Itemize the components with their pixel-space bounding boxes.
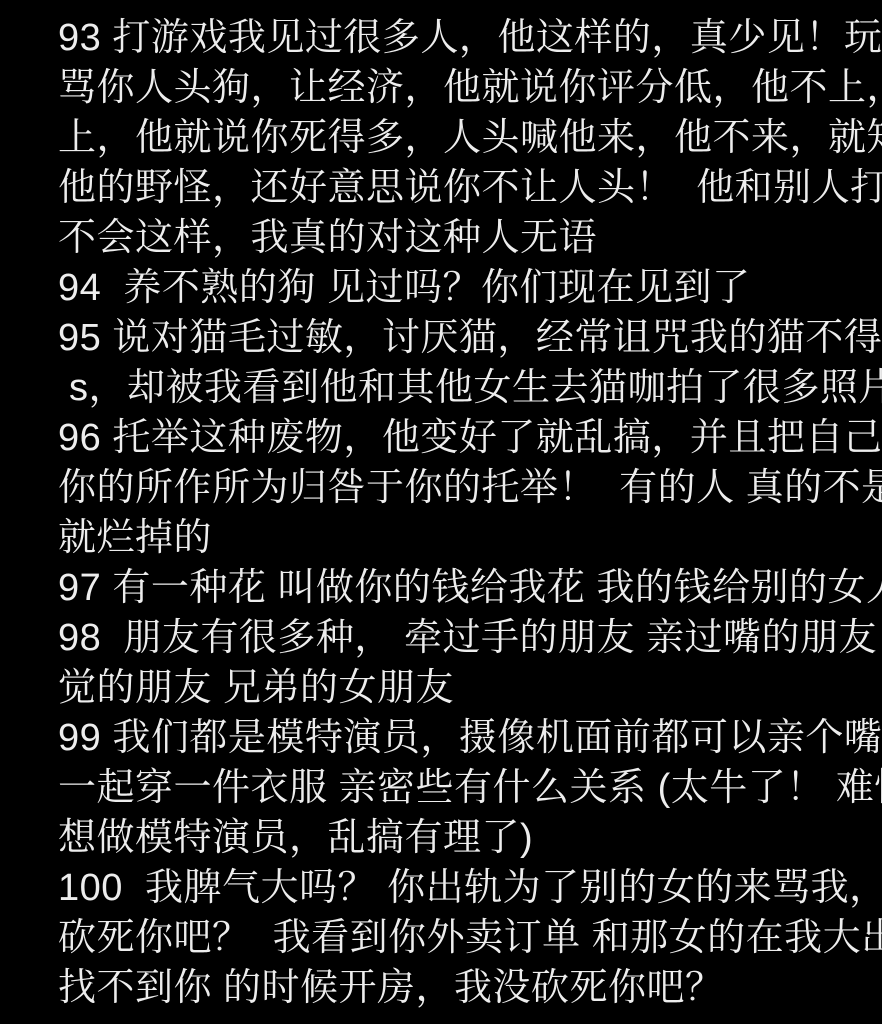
quotes-page: 93 打游戏我见过很多人，他这样的，真少见！玩的好骂你人头狗，让经济，他就说你评…: [0, 0, 882, 1024]
quote-line: 98 朋友有很多种， 牵过手的朋友 亲过嘴的朋友 睡过: [58, 613, 878, 663]
quote-line: 99 我们都是模特演员，摄像机面前都可以亲个嘴 私下: [58, 713, 878, 763]
list-item: 95 说对猫毛过敏，讨厌猫，经常诅咒我的猫不得好 s，却被我看到他和其他女生去猫…: [58, 313, 878, 413]
quote-line: 骂你人头狗，让经济，他就说你评分低，他不上，你先: [58, 63, 878, 113]
quote-line: 你的所作所为归咎于你的托举！ 有的人 真的不是突然: [58, 463, 878, 513]
quote-line: 一起穿一件衣服 亲密些有什么关系 (太牛了！ 难怪一直: [58, 763, 878, 813]
quotes-list: 93 打游戏我见过很多人，他这样的，真少见！玩的好骂你人头狗，让经济，他就说你评…: [58, 13, 878, 1013]
quote-line: 不会这样，我真的对这种人无语: [58, 213, 878, 263]
quote-line: 想做模特演员，乱搞有理了): [58, 813, 878, 863]
quote-line: 95 说对猫毛过敏，讨厌猫，经常诅咒我的猫不得好: [58, 313, 878, 363]
quote-line: 94 养不熟的狗 见过吗？你们现在见到了: [58, 263, 878, 313]
quote-line: 97 有一种花 叫做你的钱给我花 我的钱给别的女人花: [58, 563, 878, 613]
list-item: 98 朋友有很多种， 牵过手的朋友 亲过嘴的朋友 睡过觉的朋友 兄弟的女朋友: [58, 613, 878, 713]
quote-line: 上，他就说你死得多，人头喊他来，他不来，就知道刷: [58, 113, 878, 163]
quote-line: 100 我脾气大吗？ 你出轨为了别的女的来骂我，我没: [58, 863, 878, 913]
quote-line: 砍死你吧？ 我看到你外卖订单 和那女的在我大出血: [58, 913, 878, 963]
quote-line: 觉的朋友 兄弟的女朋友: [58, 663, 878, 713]
list-item: 100 我脾气大吗？ 你出轨为了别的女的来骂我，我没砍死你吧？ 我看到你外卖订单…: [58, 863, 878, 1013]
quote-line: 96 托举这种废物，他变好了就乱搞，并且把自己伤害: [58, 413, 878, 463]
list-item: 96 托举这种废物，他变好了就乱搞，并且把自己伤害你的所作所为归咎于你的托举！ …: [58, 413, 878, 563]
quote-line: 他的野怪，还好意思说你不让人头！ 他和别人打他就: [58, 163, 878, 213]
list-item: 97 有一种花 叫做你的钱给我花 我的钱给别的女人花: [58, 563, 878, 613]
list-item: 94 养不熟的狗 见过吗？你们现在见到了: [58, 263, 878, 313]
list-item: 93 打游戏我见过很多人，他这样的，真少见！玩的好骂你人头狗，让经济，他就说你评…: [58, 13, 878, 263]
quote-line: s，却被我看到他和其他女生去猫咖拍了很多照片...: [58, 363, 878, 413]
list-item: 99 我们都是模特演员，摄像机面前都可以亲个嘴 私下一起穿一件衣服 亲密些有什么…: [58, 713, 878, 863]
quote-line: 找不到你 的时候开房，我没砍死你吧？: [58, 963, 878, 1013]
quote-line: 就烂掉的: [58, 513, 878, 563]
quote-line: 93 打游戏我见过很多人，他这样的，真少见！玩的好: [58, 13, 878, 63]
